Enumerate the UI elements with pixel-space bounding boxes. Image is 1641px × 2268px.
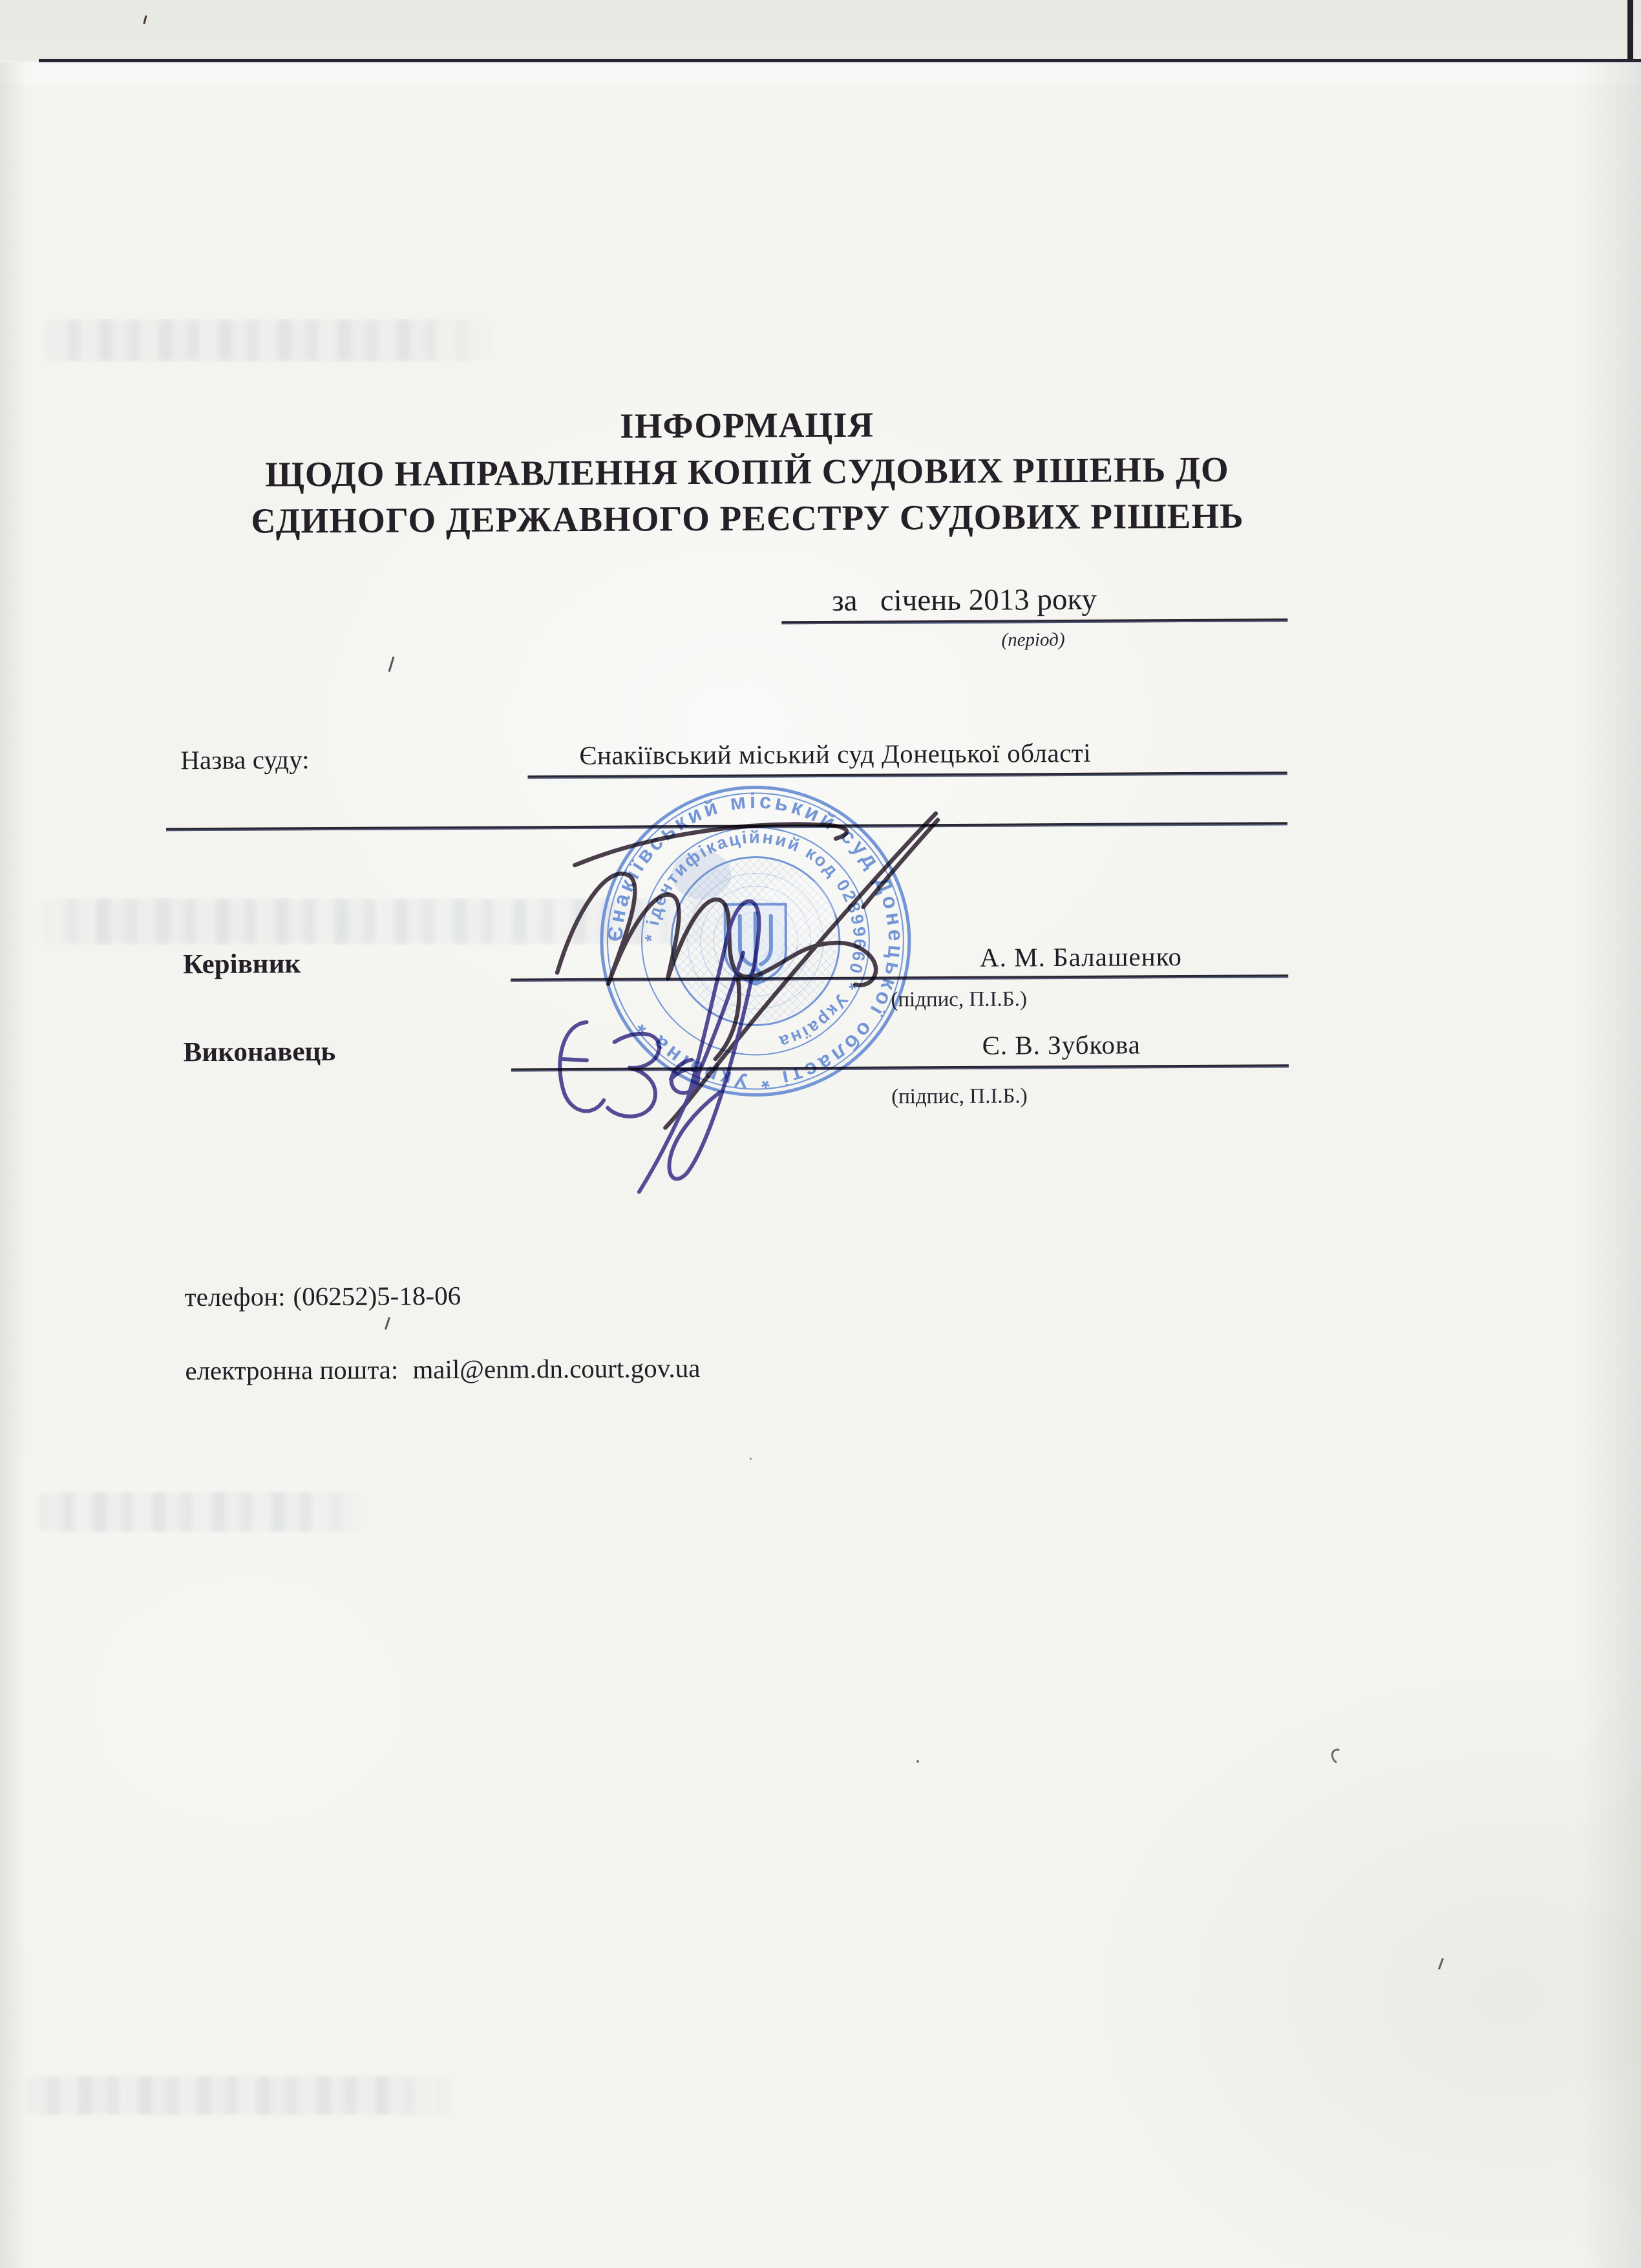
scanned-document-page: ІНФОРМАЦІЯ ЩОДО НАПРАВЛЕННЯ КОПІЙ СУДОВИ… bbox=[0, 0, 1641, 2268]
period-caption: (період) bbox=[1001, 629, 1064, 651]
phone-number: (06252)5-18-06 bbox=[293, 1281, 461, 1311]
period-underline bbox=[781, 618, 1287, 624]
signatory-name-kerivnyk: А. М. Балашенко bbox=[980, 941, 1182, 973]
document-content: ІНФОРМАЦІЯ ЩОДО НАПРАВЛЕННЯ КОПІЙ СУДОВИ… bbox=[0, 0, 1641, 2268]
email-address: mail@enm.dn.court.gov.ua bbox=[412, 1353, 700, 1384]
email-line: електронна пошта:mail@enm.dn.court.gov.u… bbox=[185, 1352, 700, 1386]
phone-label: телефон: bbox=[185, 1281, 286, 1312]
signatory-role-kerivnyk: Керівник bbox=[183, 948, 301, 980]
period-gap bbox=[857, 584, 880, 618]
signatory-name-vykonavets: Є. В. Зубкова bbox=[982, 1029, 1141, 1060]
court-name-value: Єнакіївський міський суд Донецької облас… bbox=[579, 737, 1091, 771]
document-title-line-2: ЩОДО НАПРАВЛЕННЯ КОПІЙ СУДОВИХ РІШЕНЬ ДО bbox=[101, 445, 1393, 498]
court-seal-stamp: Єнакіївський міський суд Донецької облас… bbox=[590, 775, 922, 1107]
signatory-role-vykonavets: Виконавець bbox=[184, 1036, 336, 1068]
period-prefix: за bbox=[832, 584, 858, 618]
document-title-line-1: ІНФОРМАЦІЯ bbox=[101, 399, 1393, 452]
email-label: електронна пошта: bbox=[185, 1354, 398, 1385]
document-title: ІНФОРМАЦІЯ ЩОДО НАПРАВЛЕННЯ КОПІЙ СУДОВИ… bbox=[101, 399, 1394, 545]
period-value: січень 2013 року bbox=[880, 583, 1097, 618]
period-line: за січень 2013 року bbox=[832, 582, 1097, 618]
phone-line: телефон:(06252)5-18-06 bbox=[185, 1280, 461, 1312]
document-title-line-3: ЄДИНОГО ДЕРЖАВНОГО РЕЄСТРУ СУДОВИХ РІШЕН… bbox=[101, 492, 1393, 545]
signatures-overlay bbox=[0, 0, 1641, 2268]
coat-of-arms-shield bbox=[725, 904, 787, 984]
court-name-label: Назва суду: bbox=[180, 744, 309, 775]
